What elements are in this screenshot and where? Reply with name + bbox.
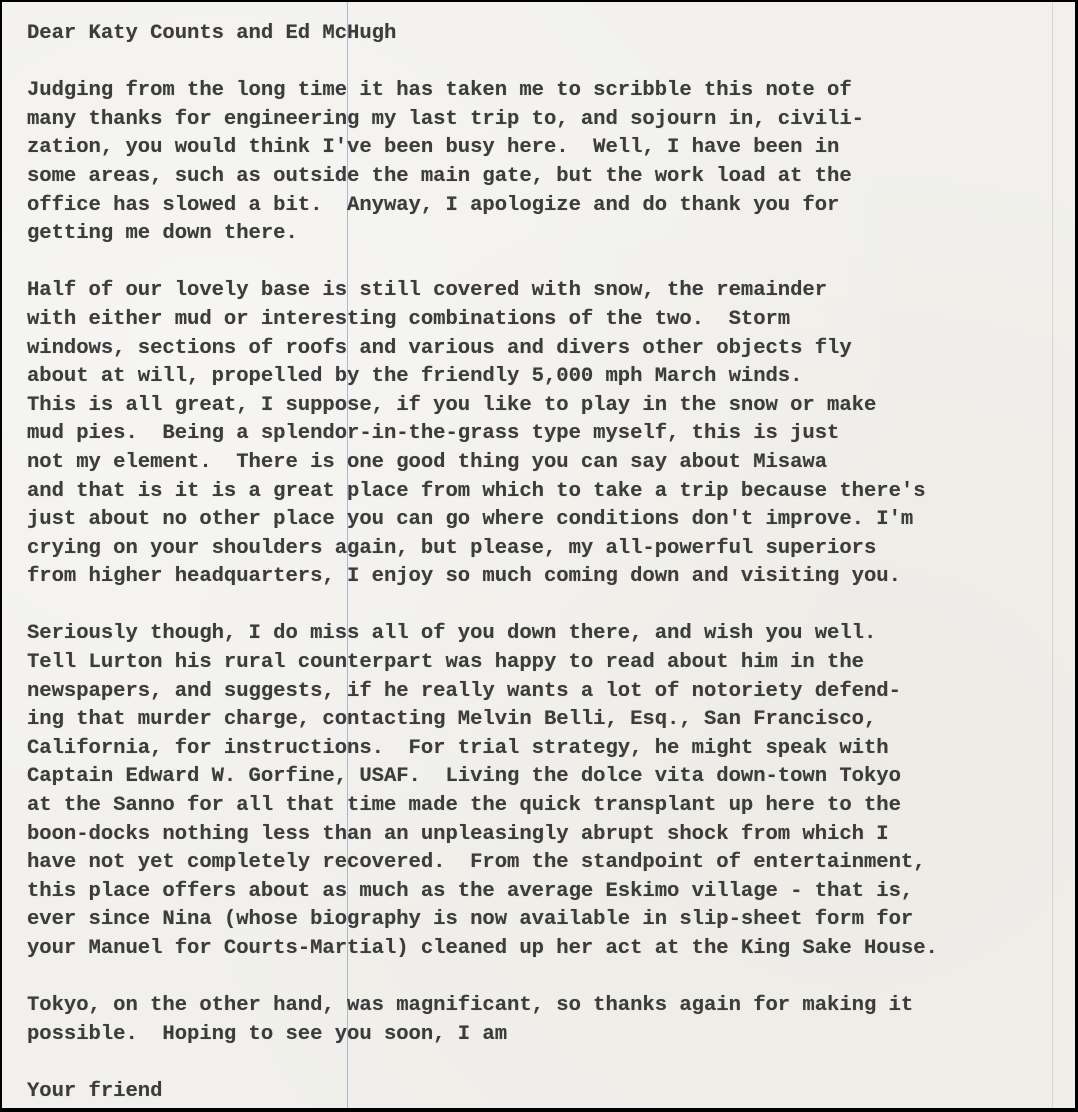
spacer <box>27 49 1067 78</box>
text-line: about at will, propelled by the friendly… <box>27 363 1067 392</box>
letter-body: Dear Katy Counts and Ed McHugh Judging f… <box>27 20 1067 1107</box>
paragraph-1: Judging from the long time it has taken … <box>27 77 1067 249</box>
text-line: not my element. There is one good thing … <box>27 449 1067 478</box>
text-line: This is all great, I suppose, if you lik… <box>27 392 1067 421</box>
text-line: mud pies. Being a splendor-in-the-grass … <box>27 420 1067 449</box>
closing: Your friend <box>27 1078 1067 1107</box>
text-line: Seriously though, I do miss all of you d… <box>27 620 1067 649</box>
text-line: Half of our lovely base is still covered… <box>27 277 1067 306</box>
text-line: crying on your shoulders again, but plea… <box>27 535 1067 564</box>
text-line: newspapers, and suggests, if he really w… <box>27 678 1067 707</box>
spacer <box>27 964 1067 993</box>
text-line: office has slowed a bit. Anyway, I apolo… <box>27 192 1067 221</box>
spacer <box>27 592 1067 621</box>
text-line: Tokyo, on the other hand, was magnifican… <box>27 992 1067 1021</box>
paragraph-3: Seriously though, I do miss all of you d… <box>27 620 1067 963</box>
text-line: California, for instructions. For trial … <box>27 735 1067 764</box>
text-line: many thanks for engineering my last trip… <box>27 106 1067 135</box>
letter-page: Dear Katy Counts and Ed McHugh Judging f… <box>2 2 1075 1108</box>
text-line: Tell Lurton his rural counterpart was ha… <box>27 649 1067 678</box>
paragraph-2: Half of our lovely base is still covered… <box>27 277 1067 592</box>
spacer <box>27 249 1067 278</box>
text-line: Captain Edward W. Gorfine, USAF. Living … <box>27 763 1067 792</box>
text-line: and that is it is a great place from whi… <box>27 478 1067 507</box>
text-line: ever since Nina (whose biography is now … <box>27 906 1067 935</box>
text-line: have not yet completely recovered. From … <box>27 849 1067 878</box>
paragraph-4: Tokyo, on the other hand, was magnifican… <box>27 992 1067 1049</box>
text-line: windows, sections of roofs and various a… <box>27 335 1067 364</box>
text-line: this place offers about as much as the a… <box>27 878 1067 907</box>
text-line: at the Sanno for all that time made the … <box>27 792 1067 821</box>
spacer <box>27 1049 1067 1078</box>
salutation: Dear Katy Counts and Ed McHugh <box>27 20 1067 49</box>
text-line: boon-docks nothing less than an unpleasi… <box>27 821 1067 850</box>
text-line: from higher headquarters, I enjoy so muc… <box>27 563 1067 592</box>
text-line: possible. Hoping to see you soon, I am <box>27 1021 1067 1050</box>
text-line: ing that murder charge, contacting Melvi… <box>27 706 1067 735</box>
text-line: your Manuel for Courts-Martial) cleaned … <box>27 935 1067 964</box>
text-line: just about no other place you can go whe… <box>27 506 1067 535</box>
text-line: with either mud or interesting combinati… <box>27 306 1067 335</box>
text-line: zation, you would think I've been busy h… <box>27 134 1067 163</box>
text-line: Judging from the long time it has taken … <box>27 77 1067 106</box>
text-line: getting me down there. <box>27 220 1067 249</box>
text-line: some areas, such as outside the main gat… <box>27 163 1067 192</box>
